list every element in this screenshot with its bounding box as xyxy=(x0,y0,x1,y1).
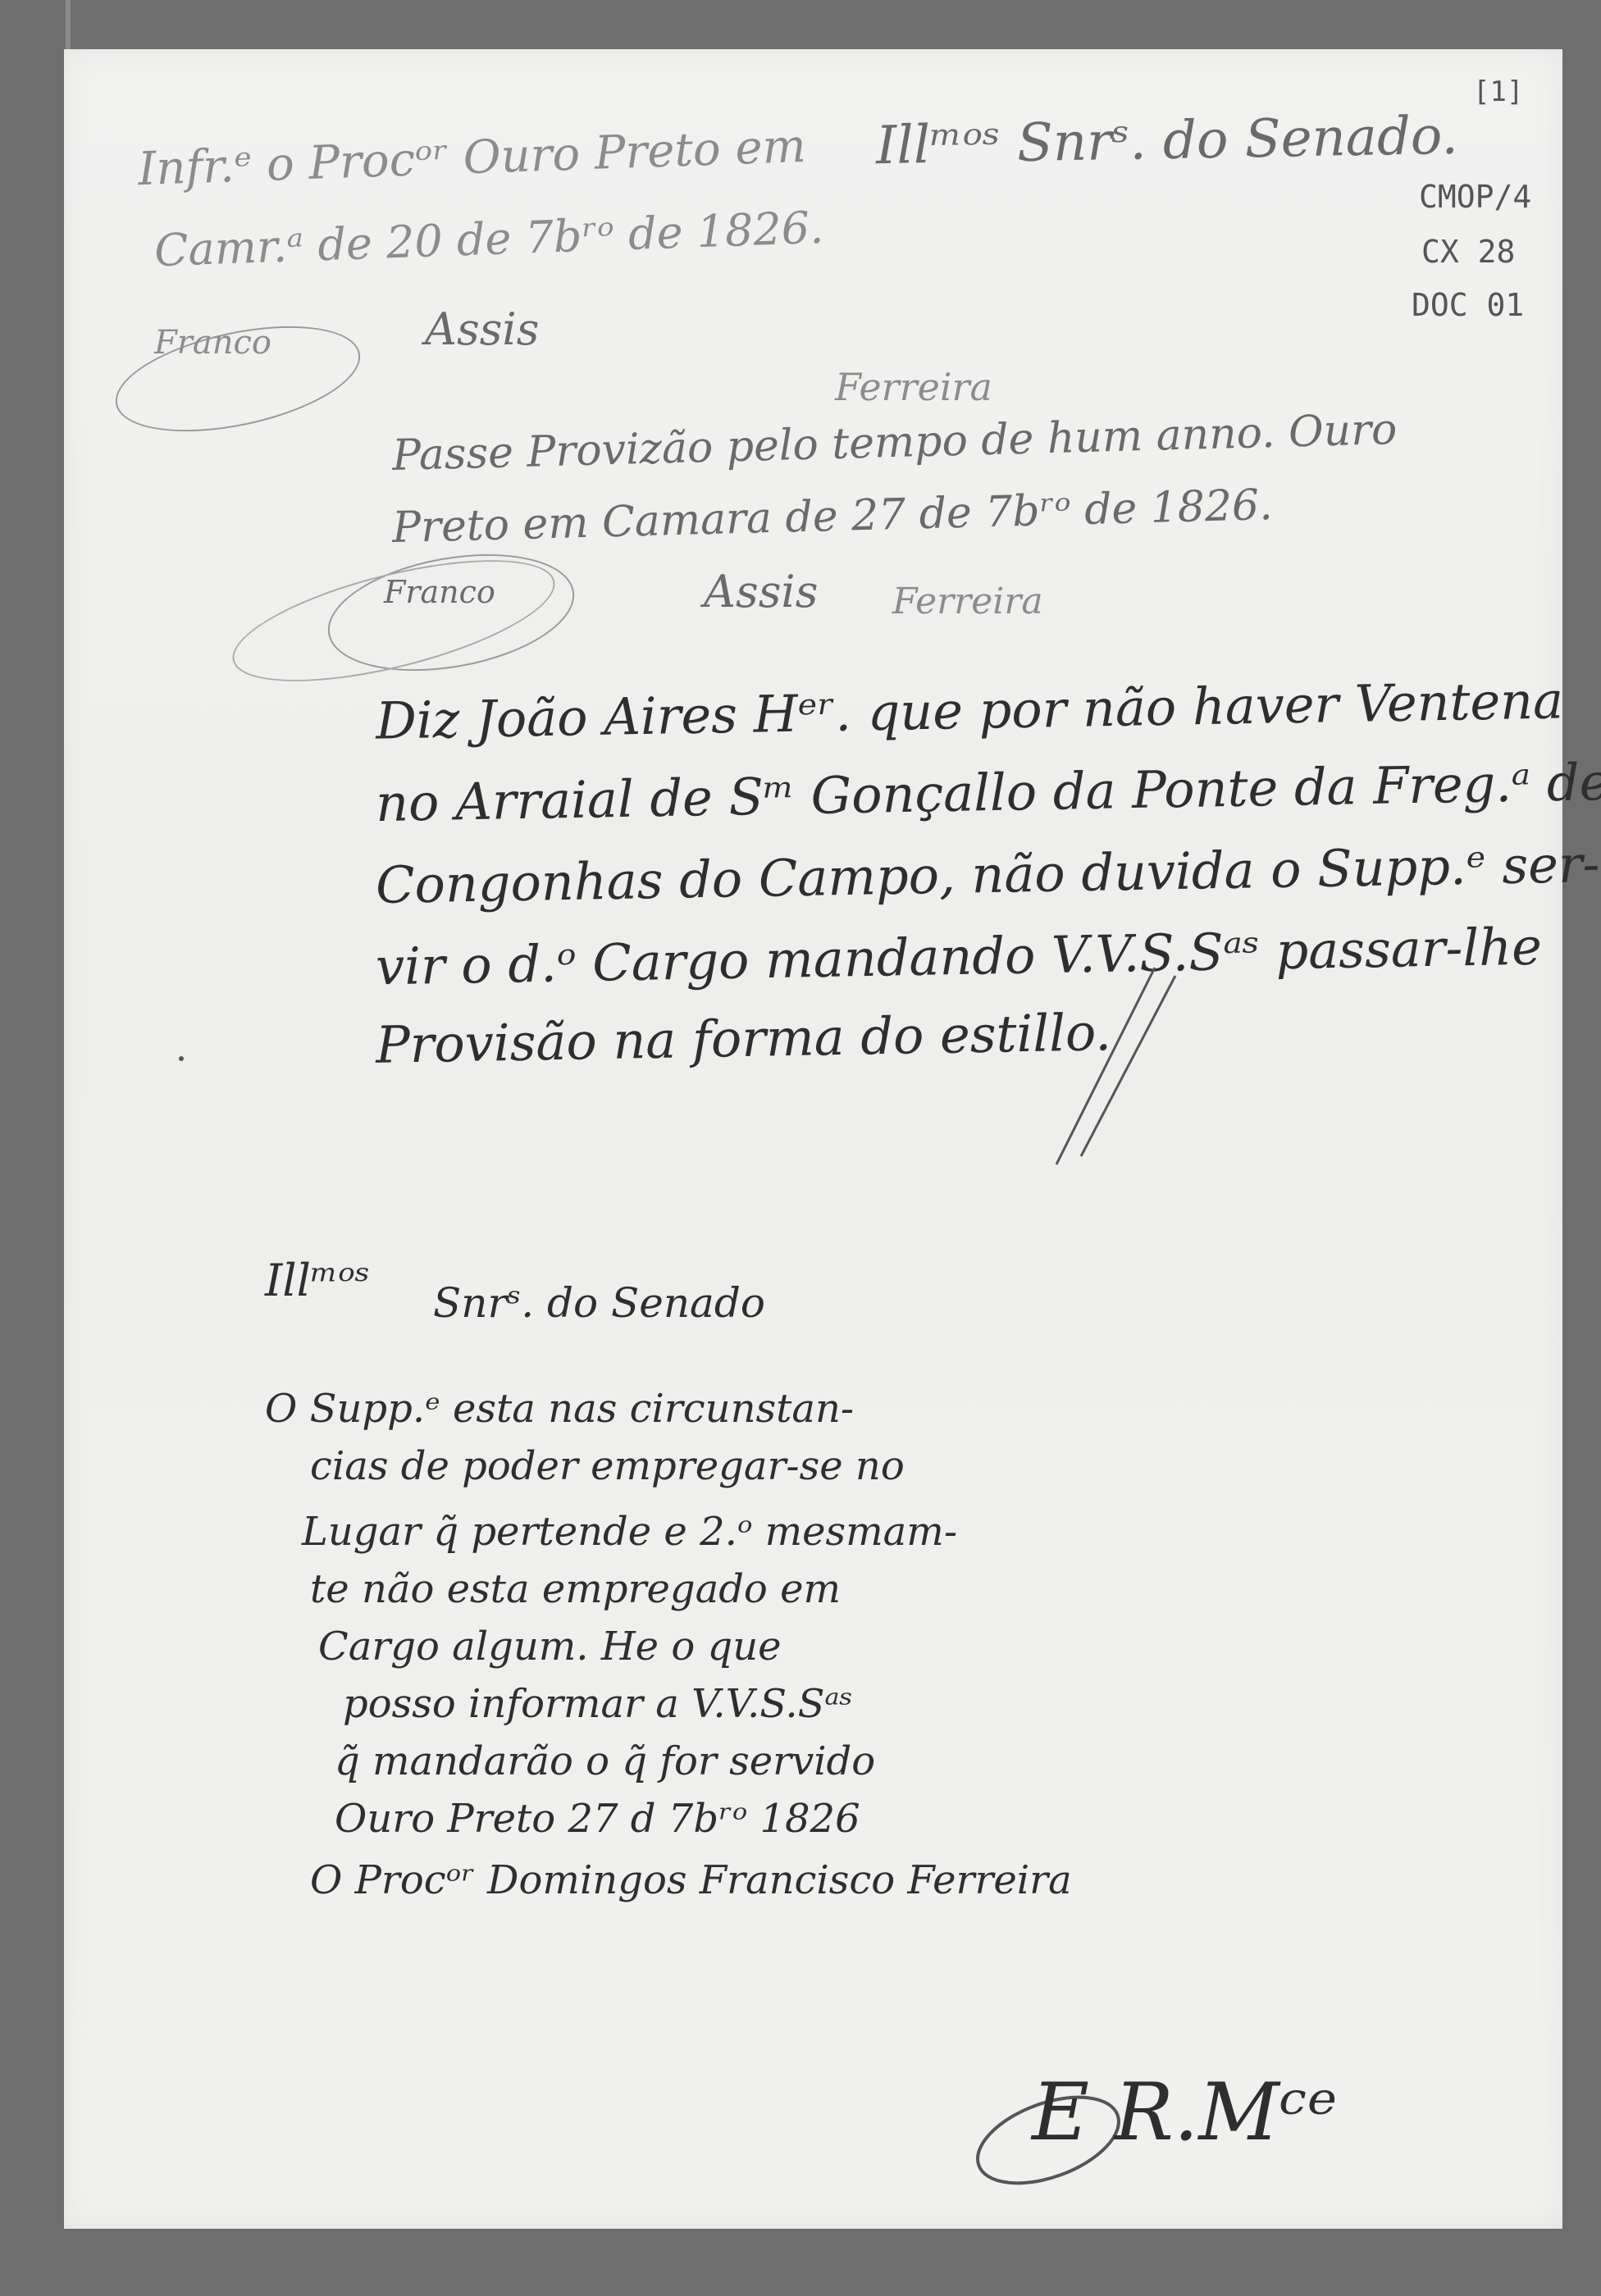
info-line-3: Lugar q̃ pertende e 2.ᵒ mesmam- xyxy=(302,1509,957,1555)
petition-line-1: Diz João Aires Hᵉʳ. que por não haver Ve… xyxy=(375,670,1563,750)
info-line-7: q̃ mandarão o q̃ for servido xyxy=(335,1738,875,1784)
info-address-2: Snrˢ. do Senado xyxy=(433,1279,765,1327)
dispatch-line-2: Camr.ᵃ de 20 de 7bʳᵒ de 1826. xyxy=(153,202,824,276)
info-line-8: Ouro Preto 27 d 7bʳᵒ 1826 xyxy=(335,1796,860,1842)
info-signature-procurador: O Procᵒʳ Domingos Francisco Ferreira xyxy=(310,1857,1072,1903)
archival-doc-mark: DOC 01 xyxy=(1412,287,1524,323)
rubric-1: Franco xyxy=(154,324,271,362)
scan-edge-strip xyxy=(66,0,71,51)
rubric-flourish-2b xyxy=(221,535,566,706)
info-address-1: Illᵐᵒˢ xyxy=(265,1255,370,1306)
info-line-5: Cargo algum. He o que xyxy=(318,1624,782,1670)
petition-line-4: vir o d.ᵒ Cargo mandando V.V.S.Sᵃˢ passa… xyxy=(375,917,1542,997)
closing-formula: E R.Mᶜᵉ xyxy=(1032,2066,1338,2158)
order-line-1: Passe Provizão pelo tempo de hum anno. O… xyxy=(391,405,1398,481)
ink-speck xyxy=(179,1056,184,1061)
closing-strokes xyxy=(1032,959,1196,1173)
rubric-2: Franco xyxy=(384,574,495,610)
info-line-6: posso informar a V.V.S.Sᵃˢ xyxy=(343,1681,853,1727)
info-line-1: O Supp.ᵉ esta nas circunstan- xyxy=(265,1386,854,1432)
address-heading-top: Illᵐᵒˢ Snrˢ. do Senado. xyxy=(875,106,1458,176)
signature-assis-2: Assis xyxy=(704,566,818,617)
petition-line-2: no Arraial de Sᵐ Gonçallo da Ponte da Fr… xyxy=(375,752,1601,833)
page-number-mark: [1] xyxy=(1473,75,1523,108)
dispatch-line-1: Infr.ᵉ o Procᵒʳ Ouro Preto em xyxy=(137,120,807,196)
petition-line-5: Provisão na forma do estillo. xyxy=(375,1002,1111,1075)
signature-ferreira-2: Ferreira xyxy=(892,581,1043,622)
signature-assis-1: Assis xyxy=(425,303,539,355)
order-line-2: Preto em Camara de 27 de 7bʳᵒ de 1826. xyxy=(391,481,1273,553)
petition-line-3: Congonhas do Campo, não duvida o Supp.ᵉ … xyxy=(375,834,1600,915)
archival-fund-mark: CMOP/4 xyxy=(1419,179,1531,215)
info-line-2: cias de poder empregar-se no xyxy=(310,1443,905,1489)
signature-ferreira-1: Ferreira xyxy=(835,365,992,409)
info-line-4: te não esta empregado em xyxy=(310,1566,841,1612)
manuscript-page: [1] CMOP/4 CX 28 DOC 01 Infr.ᵉ o Procᵒʳ … xyxy=(64,49,1562,2229)
archival-box-mark: CX 28 xyxy=(1421,234,1515,270)
